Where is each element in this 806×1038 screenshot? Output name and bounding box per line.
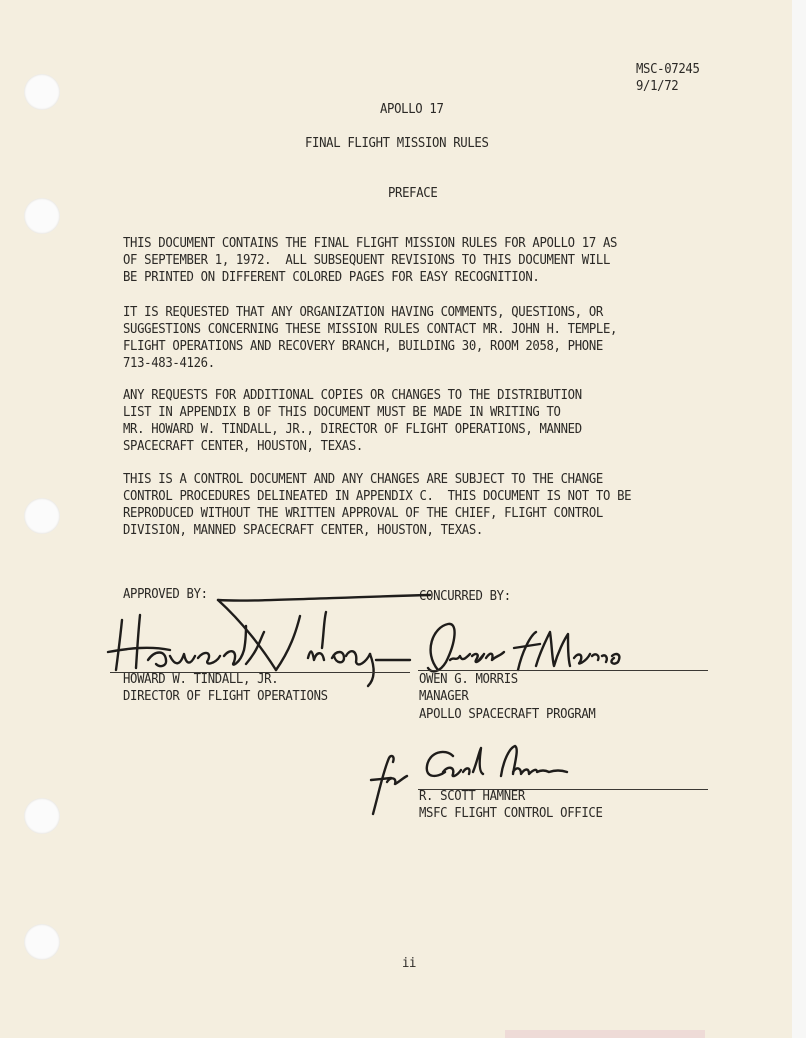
concurrer-program: APOLLO SPACECRAFT PROGRAM <box>419 706 595 723</box>
tindall-signature <box>100 590 420 680</box>
binder-hole <box>24 798 60 834</box>
second-concurrer-name: R. SCOTT HAMNER <box>419 788 525 805</box>
binder-hole <box>24 924 60 960</box>
paragraph-line: THIS IS A CONTROL DOCUMENT AND ANY CHANG… <box>123 471 603 488</box>
paragraph-line: FLIGHT OPERATIONS AND RECOVERY BRANCH, B… <box>123 338 603 355</box>
paragraph-line: REPRODUCED WITHOUT THE WRITTEN APPROVAL … <box>123 505 603 522</box>
paragraph-line: ANY REQUESTS FOR ADDITIONAL COPIES OR CH… <box>123 387 582 404</box>
binder-hole <box>24 74 60 110</box>
paragraph-line: OF SEPTEMBER 1, 1972. ALL SUBSEQUENT REV… <box>123 252 610 269</box>
paragraph-line: LIST IN APPENDIX B OF THIS DOCUMENT MUST… <box>123 404 561 421</box>
paragraph-line: IT IS REQUESTED THAT ANY ORGANIZATION HA… <box>123 304 603 321</box>
document-page: MSC-07245 9/1/72 APOLLO 17 FINAL FLIGHT … <box>0 0 792 1038</box>
second-concurrer-title: MSFC FLIGHT CONTROL OFFICE <box>419 805 603 822</box>
paragraph-line: MR. HOWARD W. TINDALL, JR., DIRECTOR OF … <box>123 421 582 438</box>
section-heading: PREFACE <box>388 185 437 202</box>
paragraph-line: SUGGESTIONS CONCERNING THESE MISSION RUL… <box>123 321 617 338</box>
page-number: ii <box>402 955 416 972</box>
paragraph-line: DIVISION, MANNED SPACECRAFT CENTER, HOUS… <box>123 522 483 539</box>
scan-background-edge <box>792 0 806 1038</box>
paragraph-line: SPACECRAFT CENTER, HOUSTON, TEXAS. <box>123 438 363 455</box>
concurrer-title: MANAGER <box>419 688 468 705</box>
document-title: APOLLO 17 <box>380 101 444 118</box>
document-date: 9/1/72 <box>636 78 678 95</box>
document-number: MSC-07245 <box>636 61 700 78</box>
document-subtitle: FINAL FLIGHT MISSION RULES <box>305 135 489 152</box>
page-edge-stain <box>505 1030 705 1038</box>
paragraph-line: THIS DOCUMENT CONTAINS THE FINAL FLIGHT … <box>123 235 617 252</box>
concurrer-name: OWEN G. MORRIS <box>419 671 518 688</box>
concurred-by-label: CONCURRED BY: <box>419 588 511 605</box>
paragraph-line: CONTROL PROCEDURES DELINEATED IN APPENDI… <box>123 488 631 505</box>
binder-hole <box>24 498 60 534</box>
paragraph-line: 713-483-4126. <box>123 355 215 372</box>
paragraph-line: BE PRINTED ON DIFFERENT COLORED PAGES FO… <box>123 269 539 286</box>
approver-name: HOWARD W. TINDALL, JR. <box>123 671 278 688</box>
binder-hole <box>24 198 60 234</box>
approver-title: DIRECTOR OF FLIGHT OPERATIONS <box>123 688 328 705</box>
